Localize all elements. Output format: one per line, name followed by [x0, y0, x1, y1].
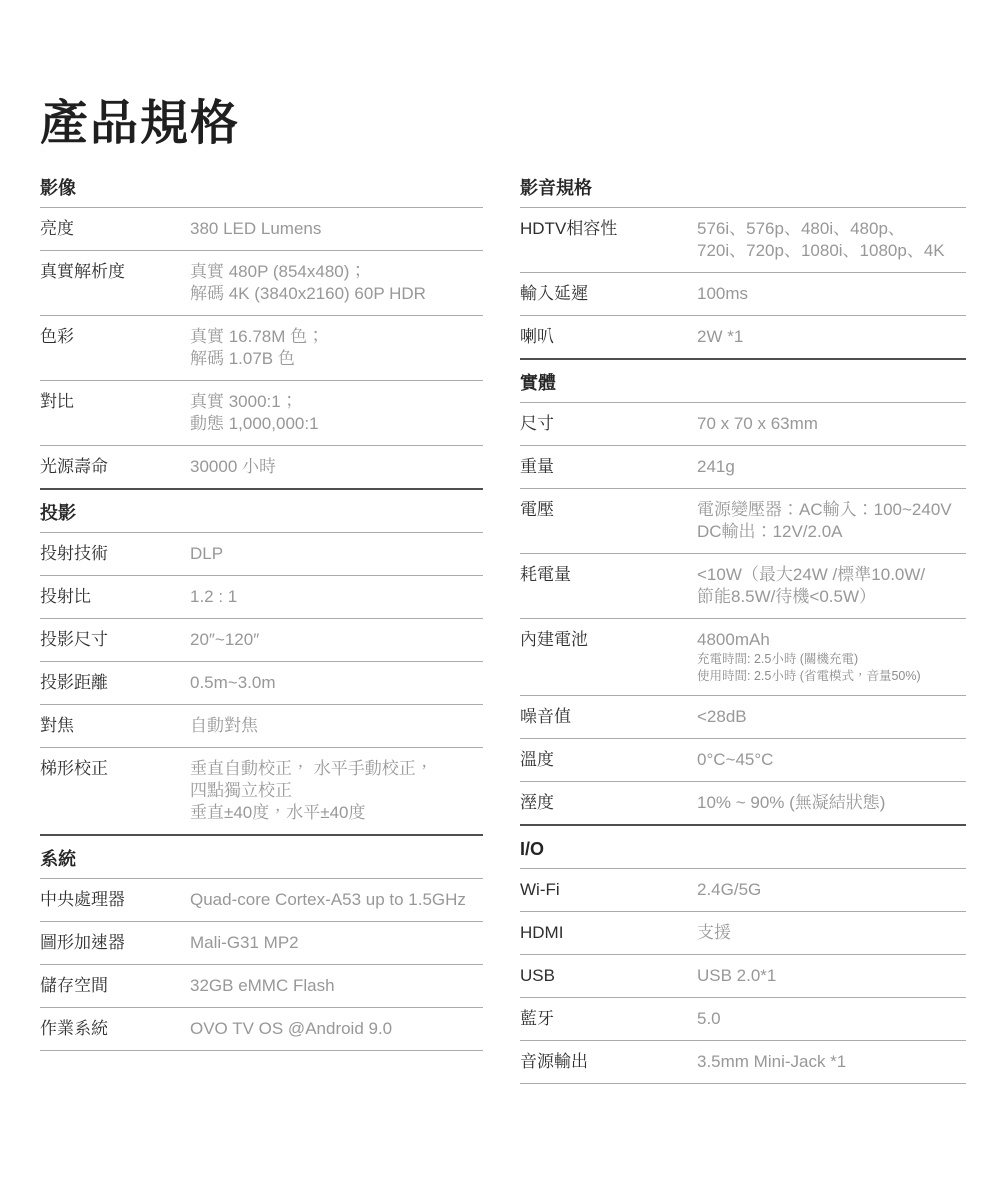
- spec-label: 梯形校正: [40, 758, 190, 780]
- value-line: 1.2 : 1: [190, 586, 483, 608]
- spec-value: <10W（最大24W /標準10.0W/節能8.5W/待機<0.5W）: [697, 564, 966, 608]
- spec-row: 真實解析度 真實 480P (854x480)；解碼 4K (3840x2160…: [40, 251, 483, 316]
- spec-label: 藍牙: [520, 1008, 697, 1030]
- value-line: 241g: [697, 456, 966, 478]
- page-title: 產品規格: [40, 98, 240, 151]
- section-title: I/O: [520, 826, 966, 869]
- section-title: 影音規格: [520, 170, 966, 208]
- spec-row: 投射技術 DLP: [40, 533, 483, 576]
- value-line: DLP: [190, 543, 483, 565]
- spec-label: 溼度: [520, 792, 697, 814]
- value-line: 2.4G/5G: [697, 879, 966, 901]
- spec-value: 32GB eMMC Flash: [190, 975, 483, 997]
- spec-label: 內建電池: [520, 629, 697, 651]
- spec-row: 中央處理器 Quad-core Cortex-A53 up to 1.5GHz: [40, 879, 483, 922]
- spec-value: 0°C~45°C: [697, 749, 966, 771]
- spec-value: 241g: [697, 456, 966, 478]
- spec-row: 投射比 1.2 : 1: [40, 576, 483, 619]
- spec-section: I/O Wi-Fi 2.4G/5G HDMI 支援 USB USB 2.0*1 …: [520, 826, 966, 1084]
- spec-row: 光源壽命 30000 小時: [40, 446, 483, 488]
- spec-label: 尺寸: [520, 413, 697, 435]
- spec-value: 4800mAh充電時間: 2.5小時 (關機充電)使用時間: 2.5小時 (省電…: [697, 629, 966, 685]
- spec-value: 2W *1: [697, 326, 966, 348]
- spec-value: 0.5m~3.0m: [190, 672, 483, 694]
- section-rows: HDTV相容性 576i、576p、480i、480p、720i、720p、10…: [520, 208, 966, 358]
- spec-label: USB: [520, 965, 697, 987]
- value-line: OVO TV OS @Android 9.0: [190, 1018, 483, 1040]
- spec-row: Wi-Fi 2.4G/5G: [520, 869, 966, 912]
- spec-row: 作業系統 OVO TV OS @Android 9.0: [40, 1008, 483, 1051]
- spec-row: 圖形加速器 Mali-G31 MP2: [40, 922, 483, 965]
- spec-row: 噪音值 <28dB: [520, 696, 966, 739]
- spec-row: 投影尺寸 20″~120″: [40, 619, 483, 662]
- value-line: 真實 16.78M 色；: [190, 326, 483, 348]
- spec-row: 重量 241g: [520, 446, 966, 489]
- value-line: 576i、576p、480i、480p、: [697, 218, 966, 240]
- spec-row: 藍牙 5.0: [520, 998, 966, 1041]
- spec-row: 喇叭 2W *1: [520, 316, 966, 358]
- value-line-small: 充電時間: 2.5小時 (關機充電): [697, 651, 966, 668]
- spec-row: HDMI 支援: [520, 912, 966, 955]
- spec-value: <28dB: [697, 706, 966, 728]
- spec-row: 色彩 真實 16.78M 色；解碼 1.07B 色: [40, 316, 483, 381]
- section-rows: Wi-Fi 2.4G/5G HDMI 支援 USB USB 2.0*1 藍牙 5…: [520, 869, 966, 1084]
- value-line: 節能8.5W/待機<0.5W）: [697, 586, 966, 608]
- spec-row: 對比 真實 3000:1；動態 1,000,000:1: [40, 381, 483, 446]
- spec-row: 亮度 380 LED Lumens: [40, 208, 483, 251]
- spec-label: 儲存空間: [40, 975, 190, 997]
- section-title: 投影: [40, 490, 483, 533]
- value-line: 動態 1,000,000:1: [190, 413, 483, 435]
- spec-label: 音源輸出: [520, 1051, 697, 1073]
- column-right: 影音規格 HDTV相容性 576i、576p、480i、480p、720i、72…: [520, 170, 966, 1084]
- section-rows: 投射技術 DLP 投射比 1.2 : 1 投影尺寸 20″~120″ 投影距離 …: [40, 533, 483, 834]
- value-line: <28dB: [697, 706, 966, 728]
- spec-label: 對焦: [40, 715, 190, 737]
- spec-value: 真實 480P (854x480)；解碼 4K (3840x2160) 60P …: [190, 261, 483, 305]
- spec-row: HDTV相容性 576i、576p、480i、480p、720i、720p、10…: [520, 208, 966, 273]
- section-rows: 亮度 380 LED Lumens 真實解析度 真實 480P (854x480…: [40, 208, 483, 488]
- spec-label: 投影尺寸: [40, 629, 190, 651]
- spec-row: 音源輸出 3.5mm Mini-Jack *1: [520, 1041, 966, 1084]
- spec-row: 溼度 10% ~ 90% (無凝結狀態): [520, 782, 966, 824]
- value-line: 支援: [697, 922, 966, 944]
- value-line: 70 x 70 x 63mm: [697, 413, 966, 435]
- spec-value: 70 x 70 x 63mm: [697, 413, 966, 435]
- value-line-small: 使用時間: 2.5小時 (省電模式，音量50%): [697, 668, 966, 685]
- spec-label: Wi-Fi: [520, 879, 697, 901]
- spec-value: 576i、576p、480i、480p、720i、720p、1080i、1080…: [697, 218, 966, 262]
- section-title: 系統: [40, 836, 483, 879]
- spec-section: 實體 尺寸 70 x 70 x 63mm 重量 241g 電壓 電源變壓器：AC…: [520, 360, 966, 826]
- spec-row: 電壓 電源變壓器：AC輸入：100~240VDC輸出：12V/2.0A: [520, 489, 966, 554]
- spec-value: 電源變壓器：AC輸入：100~240VDC輸出：12V/2.0A: [697, 499, 966, 543]
- spec-value: OVO TV OS @Android 9.0: [190, 1018, 483, 1040]
- section-rows: 中央處理器 Quad-core Cortex-A53 up to 1.5GHz …: [40, 879, 483, 1051]
- spec-label: 圖形加速器: [40, 932, 190, 954]
- spec-value: 380 LED Lumens: [190, 218, 483, 240]
- spec-row: 投影距離 0.5m~3.0m: [40, 662, 483, 705]
- spec-value: 自動對焦: [190, 715, 483, 737]
- value-line: 30000 小時: [190, 456, 483, 478]
- spec-label: 投影距離: [40, 672, 190, 694]
- value-line: 解碼 4K (3840x2160) 60P HDR: [190, 283, 483, 305]
- spec-label: 作業系統: [40, 1018, 190, 1040]
- value-line: 自動對焦: [190, 715, 483, 737]
- spec-label: 噪音值: [520, 706, 697, 728]
- spec-value: 30000 小時: [190, 456, 483, 478]
- spec-row: 梯形校正 垂直自動校正， 水平手動校正，四點獨立校正垂直±40度，水平±40度: [40, 748, 483, 834]
- value-line: 4800mAh: [697, 629, 966, 651]
- value-line: 20″~120″: [190, 629, 483, 651]
- value-line: 32GB eMMC Flash: [190, 975, 483, 997]
- spec-value: 5.0: [697, 1008, 966, 1030]
- value-line: 四點獨立校正: [190, 780, 483, 802]
- spec-value: 真實 3000:1；動態 1,000,000:1: [190, 391, 483, 435]
- spec-page: 產品規格 影像 亮度 380 LED Lumens 真實解析度 真實 480P …: [0, 0, 1000, 1200]
- spec-label: 色彩: [40, 326, 190, 348]
- value-line: DC輸出：12V/2.0A: [697, 521, 966, 543]
- value-line: 100ms: [697, 283, 966, 305]
- spec-value: 垂直自動校正， 水平手動校正，四點獨立校正垂直±40度，水平±40度: [190, 758, 483, 824]
- spec-value: 2.4G/5G: [697, 879, 966, 901]
- spec-value: 3.5mm Mini-Jack *1: [697, 1051, 966, 1073]
- section-title: 影像: [40, 170, 483, 208]
- spec-row: 對焦 自動對焦: [40, 705, 483, 748]
- spec-label: HDTV相容性: [520, 218, 697, 240]
- spec-value: DLP: [190, 543, 483, 565]
- value-line: 3.5mm Mini-Jack *1: [697, 1051, 966, 1073]
- spec-label: HDMI: [520, 922, 697, 944]
- spec-row: 溫度 0°C~45°C: [520, 739, 966, 782]
- spec-row: 尺寸 70 x 70 x 63mm: [520, 403, 966, 446]
- spec-row: 輸入延遲 100ms: [520, 273, 966, 316]
- spec-label: 溫度: [520, 749, 697, 771]
- value-line: 真實 480P (854x480)；: [190, 261, 483, 283]
- spec-value: 20″~120″: [190, 629, 483, 651]
- value-line: 2W *1: [697, 326, 966, 348]
- value-line: 380 LED Lumens: [190, 218, 483, 240]
- spec-columns: 影像 亮度 380 LED Lumens 真實解析度 真實 480P (854x…: [40, 170, 966, 1084]
- spec-label: 喇叭: [520, 326, 697, 348]
- spec-label: 光源壽命: [40, 456, 190, 478]
- spec-row: USB USB 2.0*1: [520, 955, 966, 998]
- section-title: 實體: [520, 360, 966, 403]
- spec-label: 重量: [520, 456, 697, 478]
- spec-value: Quad-core Cortex-A53 up to 1.5GHz: [190, 889, 483, 911]
- value-line: Quad-core Cortex-A53 up to 1.5GHz: [190, 889, 483, 911]
- spec-value: 支援: [697, 922, 966, 944]
- spec-section: 系統 中央處理器 Quad-core Cortex-A53 up to 1.5G…: [40, 836, 483, 1051]
- spec-value: 1.2 : 1: [190, 586, 483, 608]
- spec-label: 投射技術: [40, 543, 190, 565]
- spec-label: 中央處理器: [40, 889, 190, 911]
- value-line: 0°C~45°C: [697, 749, 966, 771]
- spec-label: 對比: [40, 391, 190, 413]
- section-rows: 尺寸 70 x 70 x 63mm 重量 241g 電壓 電源變壓器：AC輸入：…: [520, 403, 966, 824]
- spec-section: 投影 投射技術 DLP 投射比 1.2 : 1 投影尺寸 20″~120″ 投影…: [40, 490, 483, 836]
- spec-value: 10% ~ 90% (無凝結狀態): [697, 792, 966, 814]
- spec-label: 真實解析度: [40, 261, 190, 283]
- spec-value: 真實 16.78M 色；解碼 1.07B 色: [190, 326, 483, 370]
- spec-section: 影音規格 HDTV相容性 576i、576p、480i、480p、720i、72…: [520, 170, 966, 360]
- column-left: 影像 亮度 380 LED Lumens 真實解析度 真實 480P (854x…: [40, 170, 483, 1051]
- spec-value: 100ms: [697, 283, 966, 305]
- value-line: 真實 3000:1；: [190, 391, 483, 413]
- spec-label: 投射比: [40, 586, 190, 608]
- spec-section: 影像 亮度 380 LED Lumens 真實解析度 真實 480P (854x…: [40, 170, 483, 490]
- value-line: 720i、720p、1080i、1080p、4K: [697, 240, 966, 262]
- spec-row: 儲存空間 32GB eMMC Flash: [40, 965, 483, 1008]
- spec-row: 內建電池 4800mAh充電時間: 2.5小時 (關機充電)使用時間: 2.5小…: [520, 619, 966, 696]
- value-line: 0.5m~3.0m: [190, 672, 483, 694]
- spec-row: 耗電量 <10W（最大24W /標準10.0W/節能8.5W/待機<0.5W）: [520, 554, 966, 619]
- value-line: 5.0: [697, 1008, 966, 1030]
- value-line: 垂直±40度，水平±40度: [190, 802, 483, 824]
- value-line: 電源變壓器：AC輸入：100~240V: [697, 499, 966, 521]
- spec-value: USB 2.0*1: [697, 965, 966, 987]
- spec-label: 亮度: [40, 218, 190, 240]
- value-line: <10W（最大24W /標準10.0W/: [697, 564, 966, 586]
- value-line: 10% ~ 90% (無凝結狀態): [697, 792, 966, 814]
- value-line: USB 2.0*1: [697, 965, 966, 987]
- spec-label: 電壓: [520, 499, 697, 521]
- value-line: Mali-G31 MP2: [190, 932, 483, 954]
- value-line: 垂直自動校正， 水平手動校正，: [190, 758, 483, 780]
- spec-label: 耗電量: [520, 564, 697, 586]
- spec-value: Mali-G31 MP2: [190, 932, 483, 954]
- value-line: 解碼 1.07B 色: [190, 348, 483, 370]
- spec-label: 輸入延遲: [520, 283, 697, 305]
